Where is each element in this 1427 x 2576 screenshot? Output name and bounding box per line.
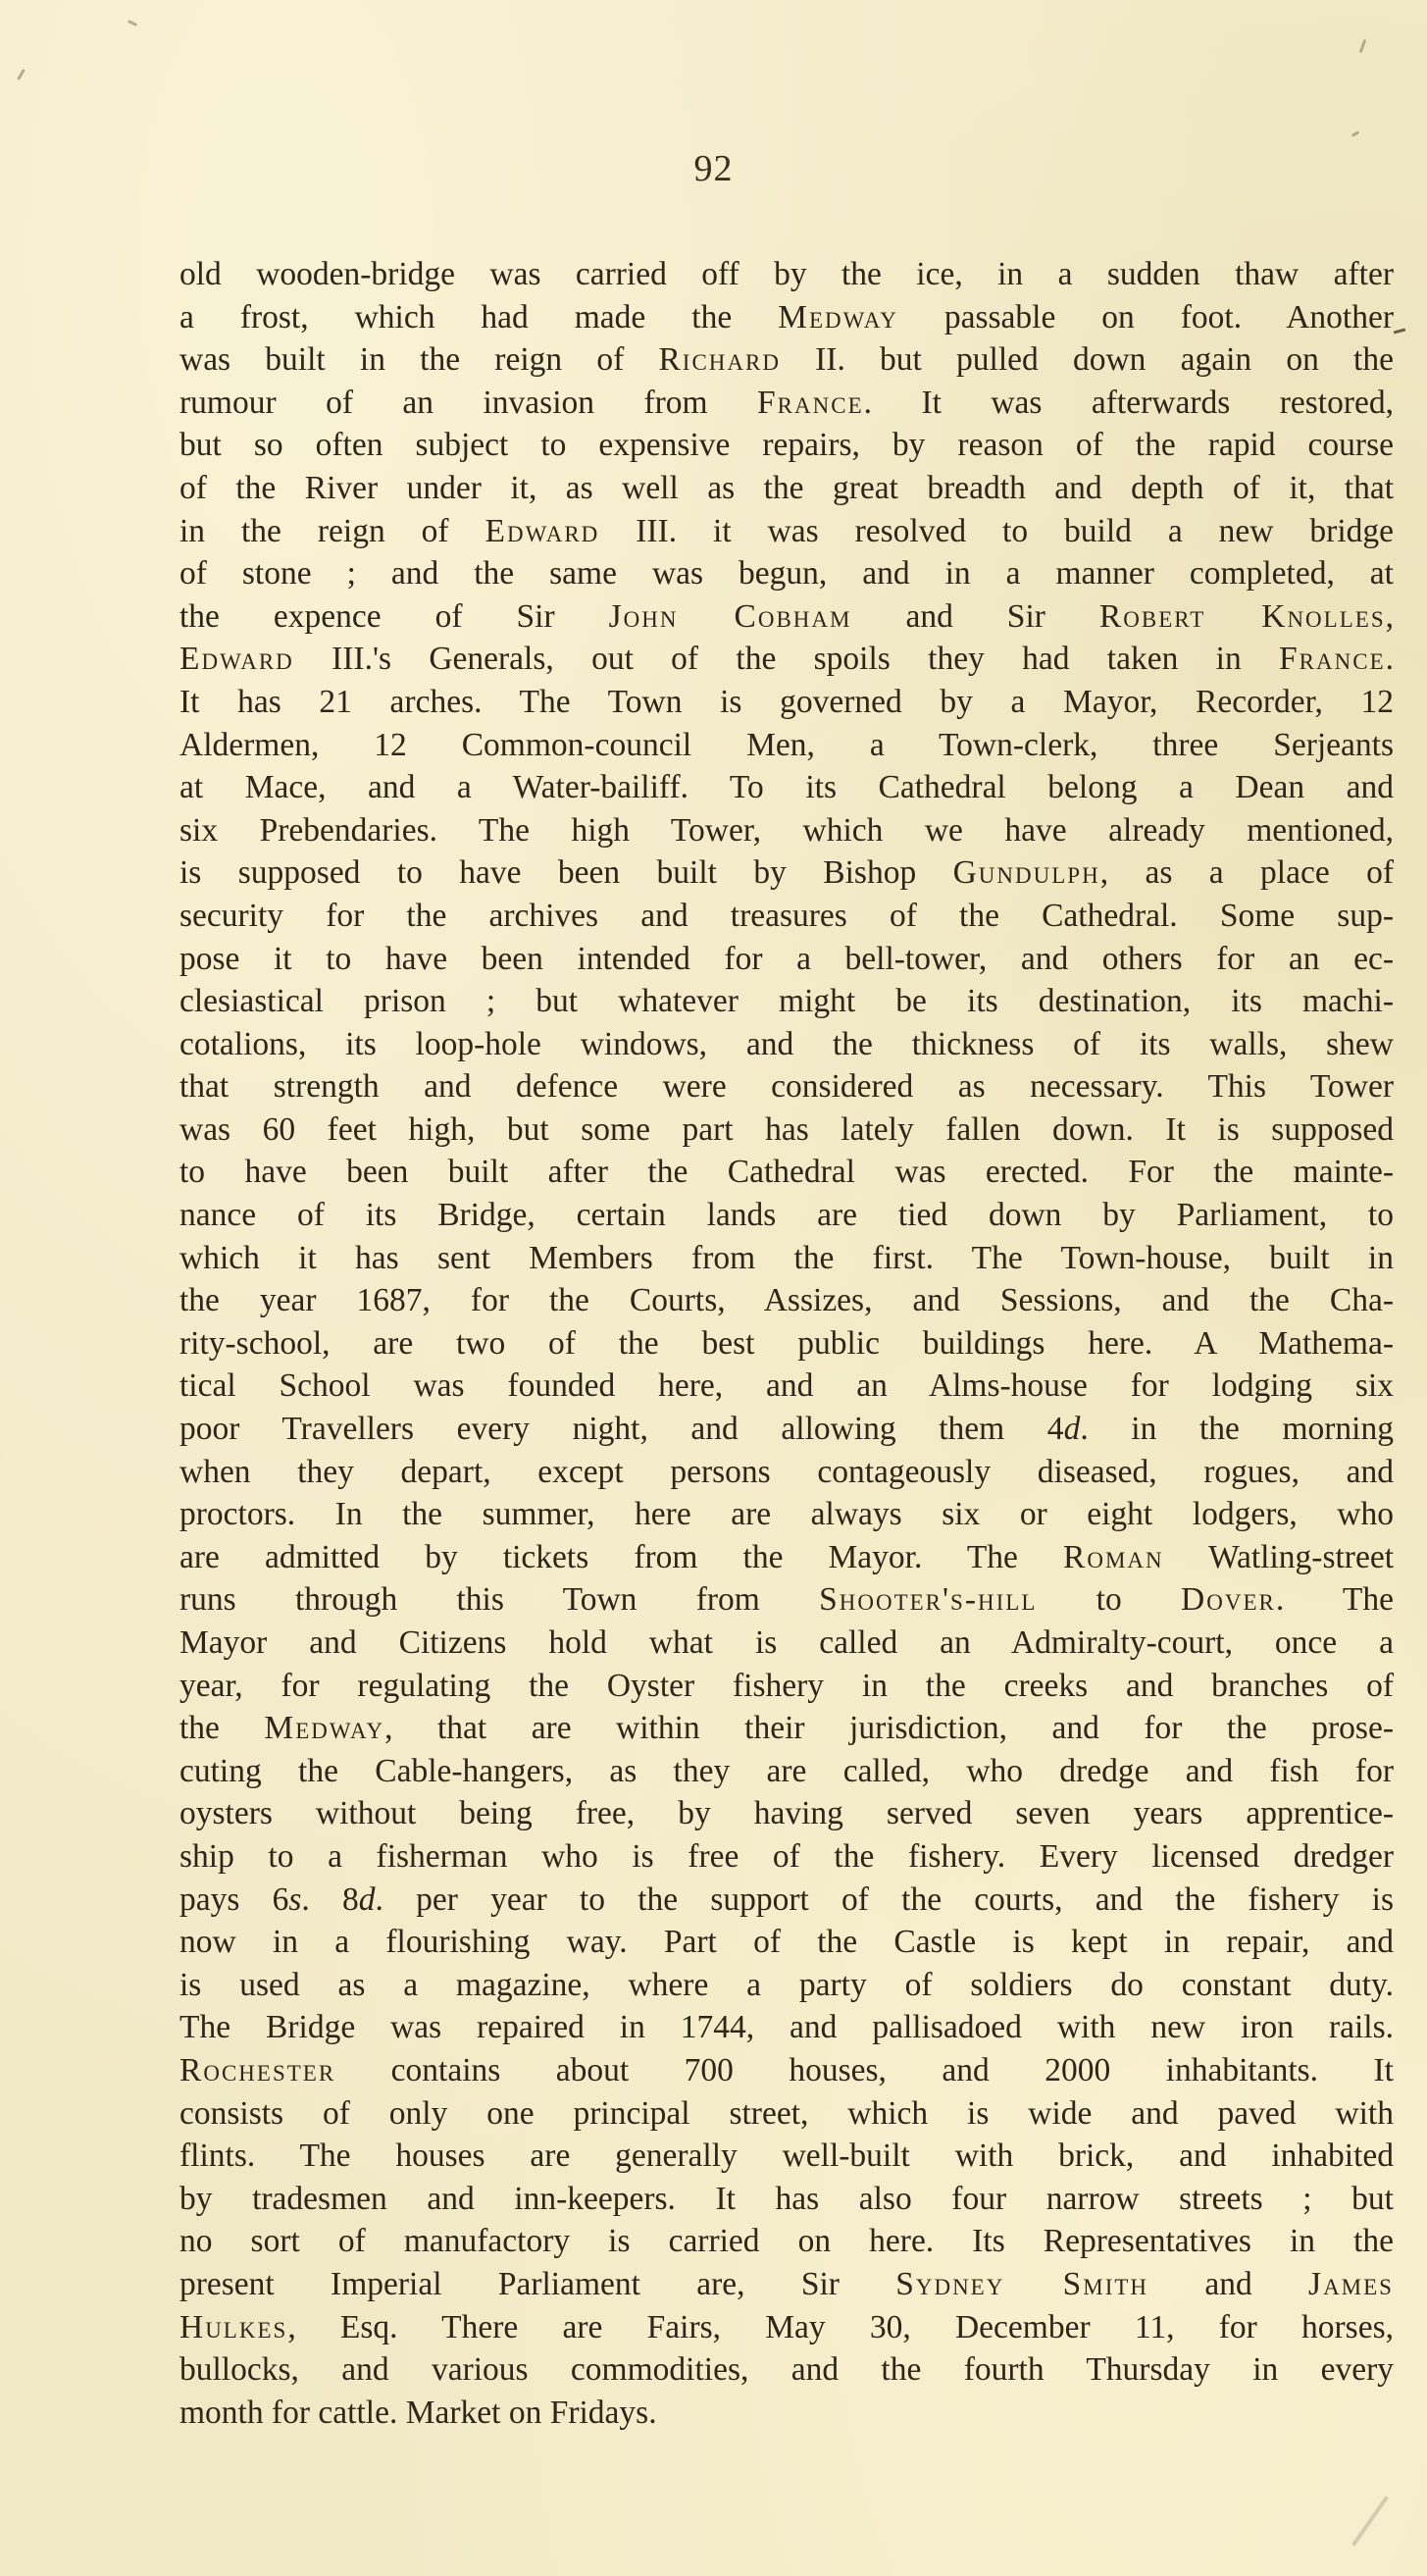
text-run: ship to a fisherman who is free of the f… <box>179 1838 1394 1875</box>
text-run: pose it to have been intended for a bell… <box>179 941 1394 977</box>
proper-noun-smallcaps: Sydney Smith <box>895 2266 1148 2302</box>
text-run: contains about 700 houses, and 2000 inha… <box>335 2052 1394 2088</box>
text-run: . in the morning <box>1080 1411 1394 1447</box>
text-line: was 60 feet high, but some part has late… <box>179 1108 1394 1152</box>
text-run: are admitted by tickets from the Mayor. … <box>179 1539 1063 1575</box>
text-run: oysters without being free, by having se… <box>179 1795 1394 1831</box>
text-run: . per year to the support of the courts,… <box>376 1881 1395 1918</box>
text-run: . <box>1386 641 1394 677</box>
text-run: six Prebendaries. The high Tower, which … <box>179 812 1394 849</box>
text-line: when they depart, except persons contage… <box>179 1451 1394 1494</box>
proper-noun-smallcaps: Robert Knolles <box>1099 598 1386 635</box>
text-run: III. it was resolved to build a new brid… <box>599 513 1394 549</box>
text-run: year, for regulating the Oyster fishery … <box>179 1668 1394 1704</box>
proper-noun-smallcaps: James <box>1308 2266 1394 2302</box>
proper-noun-smallcaps: Rochester <box>179 2052 335 2088</box>
proper-noun-smallcaps: Gundulph <box>953 854 1100 891</box>
text-line: ship to a fisherman who is free of the f… <box>179 1835 1394 1879</box>
text-run: and Sir <box>851 598 1098 635</box>
page-number: 92 <box>0 147 1427 190</box>
proper-noun-smallcaps: Hulkes <box>179 2309 287 2345</box>
text-run: , as a place of <box>1100 854 1394 891</box>
text-run: was 60 feet high, but some part has late… <box>179 1111 1394 1148</box>
paper-scratch <box>1351 2496 1389 2546</box>
text-line: that strength and defence were considere… <box>179 1065 1394 1108</box>
text-run: rity-school, are two of the best public … <box>179 1325 1394 1362</box>
text-line: was built in the reign of Richard II. bu… <box>179 338 1394 382</box>
text-run: that strength and defence were considere… <box>179 1068 1394 1105</box>
book-page: 92 old wooden-bridge was carried off by … <box>0 0 1427 2576</box>
text-line: no sort of manufactory is carried on her… <box>179 2220 1394 2263</box>
text-line: Rochester contains about 700 houses, and… <box>179 2049 1394 2092</box>
text-run: . 8 <box>301 1881 358 1918</box>
text-line: old wooden-bridge was carried off by the… <box>179 253 1394 296</box>
text-run: Aldermen, 12 Common-council Men, a Town-… <box>179 727 1394 763</box>
proper-noun-smallcaps: Medway <box>264 1710 384 1746</box>
text-run: a frost, which had made the <box>179 299 778 335</box>
text-run: consists of only one principal street, w… <box>179 2095 1394 2132</box>
text-run: present Imperial Parliament are, Sir <box>179 2266 895 2302</box>
text-line: to have been built after the Cathedral w… <box>179 1151 1394 1194</box>
text-line: which it has sent Members from the first… <box>179 1237 1394 1280</box>
text-line: Edward III.'s Generals, out of the spoil… <box>179 638 1394 681</box>
text-run: of the River under it, as well as the gr… <box>179 470 1394 506</box>
text-run: II. but pulled down again on the <box>781 341 1394 378</box>
text-run: . It was afterwards restored, <box>864 385 1394 421</box>
text-run: passable on foot. Another <box>898 299 1394 335</box>
text-run: security for the archives and treasures … <box>179 898 1394 934</box>
text-run: , <box>1386 598 1394 635</box>
text-line: runs through this Town from Shooter's-hi… <box>179 1578 1394 1622</box>
proper-noun-smallcaps: France <box>757 385 864 421</box>
text-run: is used as a magazine, where a party of … <box>179 1967 1394 2003</box>
body-text: old wooden-bridge was carried off by the… <box>179 253 1394 2434</box>
text-line: security for the archives and treasures … <box>179 895 1394 938</box>
text-run: It has 21 arches. The Town is governed b… <box>179 684 1394 720</box>
text-run: clesiastical prison ; but whatever might… <box>179 983 1394 1019</box>
text-line: of stone ; and the same was begun, and i… <box>179 552 1394 595</box>
italic-abbrev: d <box>359 1881 376 1918</box>
text-line: month for cattle. Market on Fridays. <box>179 2392 1394 2435</box>
paper-speck <box>1359 39 1367 53</box>
text-line: Aldermen, 12 Common-council Men, a Town-… <box>179 724 1394 767</box>
text-line: pays 6s. 8d. per year to the support of … <box>179 1879 1394 1922</box>
text-line: pose it to have been intended for a bell… <box>179 938 1394 981</box>
paper-speck <box>1351 130 1359 137</box>
proper-noun-smallcaps: Edward <box>485 513 600 549</box>
proper-noun-smallcaps: Roman <box>1063 1539 1164 1575</box>
text-line: by tradesmen and inn-keepers. It has als… <box>179 2178 1394 2221</box>
text-line: bullocks, and various commodities, and t… <box>179 2348 1394 2392</box>
text-line: present Imperial Parliament are, Sir Syd… <box>179 2263 1394 2306</box>
text-run: Mayor and Citizens hold what is called a… <box>179 1624 1394 1661</box>
proper-noun-smallcaps: Dover <box>1181 1581 1276 1618</box>
text-line: the expence of Sir John Cobham and Sir R… <box>179 595 1394 639</box>
text-line: nance of its Bridge, certain lands are t… <box>179 1194 1394 1237</box>
text-run: now in a flourishing way. Part of the Ca… <box>179 1924 1394 1960</box>
text-run: the year 1687, for the Courts, Assizes, … <box>179 1282 1394 1318</box>
text-run: no sort of manufactory is carried on her… <box>179 2223 1394 2259</box>
text-run: cotalions, its loop-hole windows, and th… <box>179 1026 1394 1062</box>
text-run: proctors. In the summer, here are always… <box>179 1496 1394 1532</box>
text-run: is supposed to have been built by Bishop <box>179 854 953 891</box>
text-line: Mayor and Citizens hold what is called a… <box>179 1622 1394 1665</box>
italic-abbrev: s <box>288 1881 301 1918</box>
text-line: six Prebendaries. The high Tower, which … <box>179 809 1394 852</box>
text-run: The Bridge was repaired in 1744, and pal… <box>179 2009 1394 2045</box>
text-line: now in a flourishing way. Part of the Ca… <box>179 1921 1394 1964</box>
text-run: the expence of Sir <box>179 598 609 635</box>
text-run: to <box>1037 1581 1181 1618</box>
proper-noun-smallcaps: Medway <box>778 299 898 335</box>
text-run: at Mace, and a Water-bailiff. To its Cat… <box>179 769 1394 805</box>
text-line: year, for regulating the Oyster fishery … <box>179 1665 1394 1708</box>
margin-mark <box>1394 328 1405 334</box>
text-line: proctors. In the summer, here are always… <box>179 1493 1394 1536</box>
proper-noun-smallcaps: Edward <box>179 641 294 677</box>
proper-noun-smallcaps: Shooter's-hill <box>819 1581 1037 1618</box>
text-run: but so often subject to expensive repair… <box>179 427 1394 463</box>
text-line: the year 1687, for the Courts, Assizes, … <box>179 1279 1394 1322</box>
text-line: flints. The houses are generally well-bu… <box>179 2135 1394 2178</box>
text-run: III.'s Generals, out of the spoils they … <box>294 641 1279 677</box>
text-run: . The <box>1276 1581 1394 1618</box>
text-run: which it has sent Members from the first… <box>179 1240 1394 1276</box>
text-line: at Mace, and a Water-bailiff. To its Cat… <box>179 766 1394 809</box>
proper-noun-smallcaps: John Cobham <box>609 598 852 635</box>
text-run: runs through this Town from <box>179 1581 819 1618</box>
text-line: of the River under it, as well as the gr… <box>179 467 1394 510</box>
text-line: poor Travellers every night, and allowin… <box>179 1408 1394 1451</box>
text-run: and <box>1148 2266 1308 2302</box>
proper-noun-smallcaps: France <box>1279 641 1386 677</box>
text-line: rumour of an invasion from France. It wa… <box>179 382 1394 425</box>
text-run: nance of its Bridge, certain lands are t… <box>179 1197 1394 1233</box>
text-line: The Bridge was repaired in 1744, and pal… <box>179 2006 1394 2049</box>
text-run: by tradesmen and inn-keepers. It has als… <box>179 2181 1394 2217</box>
text-line: It has 21 arches. The Town is governed b… <box>179 681 1394 724</box>
text-line: rity-school, are two of the best public … <box>179 1322 1394 1365</box>
text-run: poor Travellers every night, and allowin… <box>179 1411 1064 1447</box>
text-line: tical School was founded here, and an Al… <box>179 1365 1394 1408</box>
text-run: month for cattle. Market on Fridays. <box>179 2395 657 2431</box>
proper-noun-smallcaps: Richard <box>658 341 781 378</box>
text-run: in the reign of <box>179 513 485 549</box>
text-line: is supposed to have been built by Bishop… <box>179 851 1394 895</box>
text-line: cuting the Cable-hangers, as they are ca… <box>179 1750 1394 1793</box>
text-line: Hulkes, Esq. There are Fairs, May 30, De… <box>179 2306 1394 2349</box>
text-run: bullocks, and various commodities, and t… <box>179 2351 1394 2388</box>
text-run: old wooden-bridge was carried off by the… <box>179 256 1394 292</box>
text-line: cotalions, its loop-hole windows, and th… <box>179 1023 1394 1066</box>
text-run: tical School was founded here, and an Al… <box>179 1367 1394 1404</box>
text-run: , Esq. There are Fairs, May 30, December… <box>287 2309 1394 2345</box>
text-run: pays 6 <box>179 1881 288 1918</box>
text-run: cuting the Cable-hangers, as they are ca… <box>179 1753 1394 1789</box>
text-run: when they depart, except persons contage… <box>179 1454 1394 1490</box>
text-run: rumour of an invasion from <box>179 385 757 421</box>
text-line: oysters without being free, by having se… <box>179 1792 1394 1835</box>
text-line: clesiastical prison ; but whatever might… <box>179 980 1394 1023</box>
text-line: but so often subject to expensive repair… <box>179 424 1394 467</box>
text-run: , that are within their jurisdiction, an… <box>384 1710 1394 1746</box>
text-run: Watling-street <box>1164 1539 1394 1575</box>
text-line: is used as a magazine, where a party of … <box>179 1964 1394 2007</box>
text-run: was built in the reign of <box>179 341 658 378</box>
italic-abbrev: d <box>1064 1411 1081 1447</box>
paper-speck <box>17 69 25 80</box>
text-run: of stone ; and the same was begun, and i… <box>179 555 1394 592</box>
paper-speck <box>127 20 137 26</box>
text-line: consists of only one principal street, w… <box>179 2092 1394 2136</box>
text-line: are admitted by tickets from the Mayor. … <box>179 1536 1394 1579</box>
text-run: the <box>179 1710 264 1746</box>
text-line: a frost, which had made the Medway passa… <box>179 296 1394 339</box>
text-run: flints. The houses are generally well-bu… <box>179 2138 1394 2174</box>
text-line: in the reign of Edward III. it was resol… <box>179 510 1394 553</box>
text-line: the Medway, that are within their jurisd… <box>179 1707 1394 1750</box>
text-run: to have been built after the Cathedral w… <box>179 1154 1394 1190</box>
